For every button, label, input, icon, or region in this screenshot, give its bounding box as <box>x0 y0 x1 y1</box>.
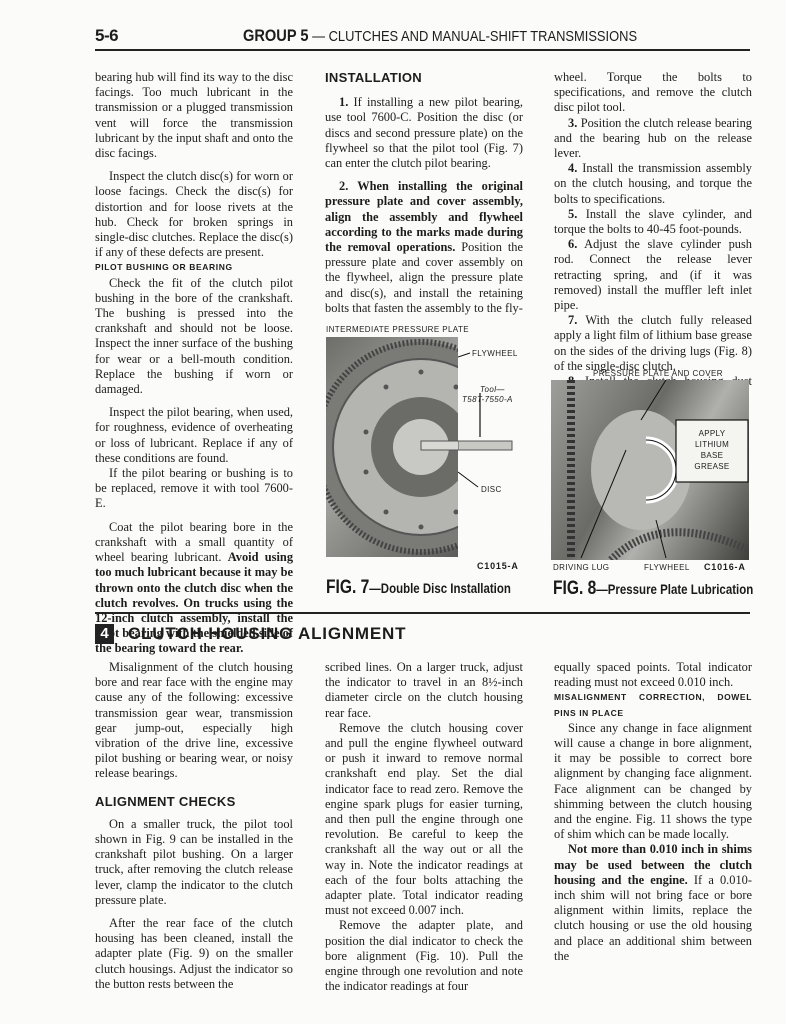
step-3: 3. Position the clutch release bearing a… <box>554 116 752 162</box>
step-number: 7. <box>568 313 577 327</box>
paragraph: Since any change in face alignment will … <box>554 721 752 843</box>
fig8-label-flywheel: FLYWHEEL <box>644 563 690 572</box>
group-title: — CLUTCHES AND MANUAL-SHIFT TRANSMISSION… <box>312 28 637 45</box>
paragraph: Remove the clutch housing cover and pull… <box>325 721 523 919</box>
step-text: Install the slave cylinder, and torque t… <box>554 207 752 236</box>
callout-line: BASE <box>676 450 748 461</box>
group-label: GROUP 5 <box>243 26 309 45</box>
fig7-label-intermediate: INTERMEDIATE PRESSURE PLATE <box>326 325 469 334</box>
page-number: 5-6 <box>95 26 118 46</box>
paragraph: equally spaced points. Total indicator r… <box>554 660 752 690</box>
fig7-code: C1015-A <box>477 561 519 571</box>
callout-line: LITHIUM <box>676 439 748 450</box>
paragraph: bearing hub will find its way to the dis… <box>95 70 293 161</box>
fig8-callout: APPLY LITHIUM BASE GREASE <box>676 428 748 472</box>
step-number: 2. <box>339 179 348 193</box>
column-2-bottom: scribed lines. On a larger truck, adjust… <box>325 660 523 994</box>
step-text: If installing a new pilot bearing, use t… <box>325 95 523 170</box>
step-6: 6. Adjust the slave cylinder push rod. C… <box>554 237 752 313</box>
fig7-tool-shaft <box>458 337 528 557</box>
step-4: 4. Install the transmission assembly on … <box>554 161 752 207</box>
fig7-number: FIG. 7 <box>326 577 369 598</box>
paragraph: Remove the adapter plate, and position t… <box>325 918 523 994</box>
step-1: 1. If installing a new pilot bearing, us… <box>325 95 523 171</box>
step-text: With the clutch fully released apply a l… <box>554 313 752 373</box>
step-text: Install the transmission assembly on the… <box>554 161 752 205</box>
step-2: 2. When installing the original pressure… <box>325 179 523 316</box>
section-rule <box>95 612 750 614</box>
step-text: Adjust the slave cylinder push rod. Conn… <box>554 237 752 312</box>
paragraph: On a smaller truck, the pilot tool shown… <box>95 817 293 908</box>
section-number-badge: 4 <box>95 624 114 644</box>
section-title: CLUTCH HOUSING ALIGNMENT <box>128 624 406 644</box>
paragraph: Check the fit of the clutch pilot bushin… <box>95 276 293 398</box>
page-header: 5-6 GROUP 5 — CLUTCHES AND MANUAL-SHIFT … <box>95 24 755 50</box>
subheading-misalignment-correction: MISALIGNMENT CORRECTION, DOWEL PINS IN P… <box>554 690 752 720</box>
step-5: 5. Install the slave cylinder, and torqu… <box>554 207 752 237</box>
column-2-top: INSTALLATION 1. If installing a new pilo… <box>325 70 523 316</box>
fig8-label-pressure-plate: PRESSURE PLATE AND COVER <box>593 369 723 378</box>
fig8-number: FIG. 8 <box>553 578 596 599</box>
step-number: 5. <box>568 207 577 221</box>
paragraph: Misalignment of the clutch housing bore … <box>95 660 293 782</box>
step-number: 3. <box>568 116 577 130</box>
paragraph: Inspect the pilot bearing, when used, fo… <box>95 405 293 466</box>
step-number: 1. <box>339 95 348 109</box>
column-1-bottom: Misalignment of the clutch housing bore … <box>95 660 293 992</box>
paragraph: Not more than 0.010 inch in shims may be… <box>554 842 752 964</box>
step-7: 7. With the clutch fully released apply … <box>554 313 752 374</box>
paragraph: If the pilot bearing or bushing is to be… <box>95 466 293 512</box>
column-3-top: wheel. Torque the bolts to specification… <box>554 70 752 404</box>
manual-page: 5-6 GROUP 5 — CLUTCHES AND MANUAL-SHIFT … <box>0 0 786 1024</box>
subheading-alignment-checks: ALIGNMENT CHECKS <box>95 794 293 809</box>
paragraph: Inspect the clutch disc(s) for worn or l… <box>95 169 293 260</box>
fig7-photo <box>326 337 458 557</box>
fig8-code: C1016-A <box>704 562 746 572</box>
clutch-disc-illustration <box>326 337 458 557</box>
fig7-label-tool: Tool— <box>480 385 505 394</box>
callout-line: GREASE <box>676 461 748 472</box>
subheading-pilot-bushing: PILOT BUSHING OR BEARING <box>95 260 293 275</box>
fig7-caption: FIG. 7—Double Disc Installation <box>326 577 511 599</box>
paragraph: After the rear face of the clutch housin… <box>95 916 293 992</box>
callout-line: APPLY <box>676 428 748 439</box>
paragraph: wheel. Torque the bolts to specification… <box>554 70 752 116</box>
column-3-bottom: equally spaced points. Total indicator r… <box>554 660 752 964</box>
step-number: 4. <box>568 161 577 175</box>
fig7-label-tool-number: T58T-7550-A <box>462 395 513 404</box>
fig8-caption: FIG. 8—Pressure Plate Lubrication <box>553 578 753 600</box>
heading-installation: INSTALLATION <box>325 70 523 85</box>
fig7-label-disc: DISC <box>481 485 502 494</box>
step-text: Position the clutch release bearing and … <box>554 116 752 160</box>
fig8-label-driving-lug: DRIVING LUG <box>553 563 609 572</box>
section-heading: 4CLUTCH HOUSING ALIGNMENT <box>95 624 406 646</box>
running-title: GROUP 5 — CLUTCHES AND MANUAL-SHIFT TRAN… <box>243 26 637 46</box>
header-rule <box>95 49 750 51</box>
step-number: 6. <box>568 237 577 251</box>
fig8-title: —Pressure Plate Lubrication <box>596 581 753 597</box>
column-1-top: bearing hub will find its way to the dis… <box>95 70 293 657</box>
paragraph: scribed lines. On a larger truck, adjust… <box>325 660 523 721</box>
fig7-title: —Double Disc Installation <box>369 580 511 596</box>
fig7-right-area <box>458 337 528 557</box>
fig7-label-flywheel: FLYWHEEL <box>472 349 518 358</box>
